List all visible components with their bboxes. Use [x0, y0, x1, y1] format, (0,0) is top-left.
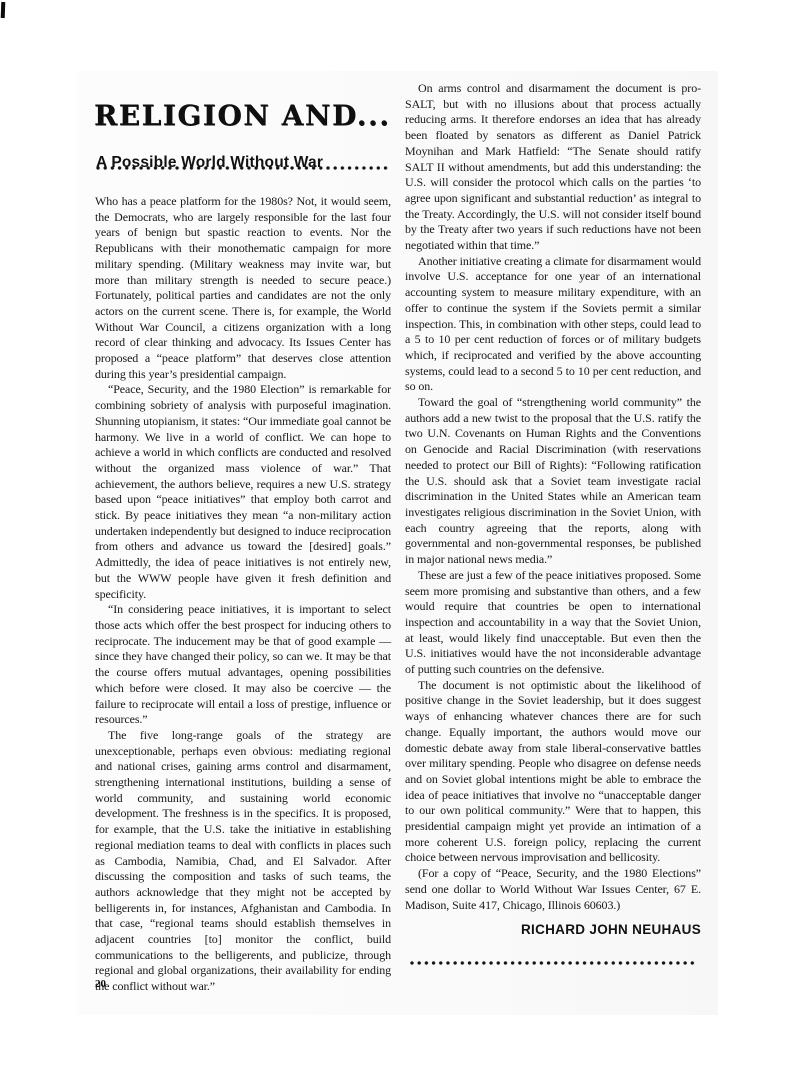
series-title: RELIGION AND...: [94, 99, 394, 132]
dotted-divider-top: [96, 166, 390, 170]
paragraph: (For a copy of “Peace, Security, and the…: [405, 866, 701, 913]
paragraph: Toward the goal of “strengthening world …: [405, 395, 701, 568]
paragraph: “In considering peace initiatives, it is…: [95, 602, 391, 728]
scan-artifact-mark: [1, 2, 6, 18]
right-column: On arms control and disarmament the docu…: [405, 81, 701, 965]
paragraph: Another initiative creating a climate fo…: [405, 254, 701, 395]
right-column-text: On arms control and disarmament the docu…: [405, 81, 701, 913]
page-number: 20: [95, 978, 106, 990]
paragraph: The document is not optimistic about the…: [405, 678, 701, 866]
dotted-divider-bottom: [410, 961, 697, 965]
paragraph: “Peace, Security, and the 1980 Election”…: [95, 382, 391, 602]
author-byline: RICHARD JOHN NEUHAUS: [405, 922, 701, 937]
left-column: Who has a peace platform for the 1980s? …: [95, 194, 391, 995]
paragraph: Who has a peace platform for the 1980s? …: [95, 194, 391, 382]
paragraph: These are just a few of the peace initia…: [405, 568, 701, 678]
paragraph: The five long-range goals of the strateg…: [95, 728, 391, 995]
paragraph: On arms control and disarmament the docu…: [405, 81, 701, 254]
left-column-text: Who has a peace platform for the 1980s? …: [95, 194, 391, 995]
